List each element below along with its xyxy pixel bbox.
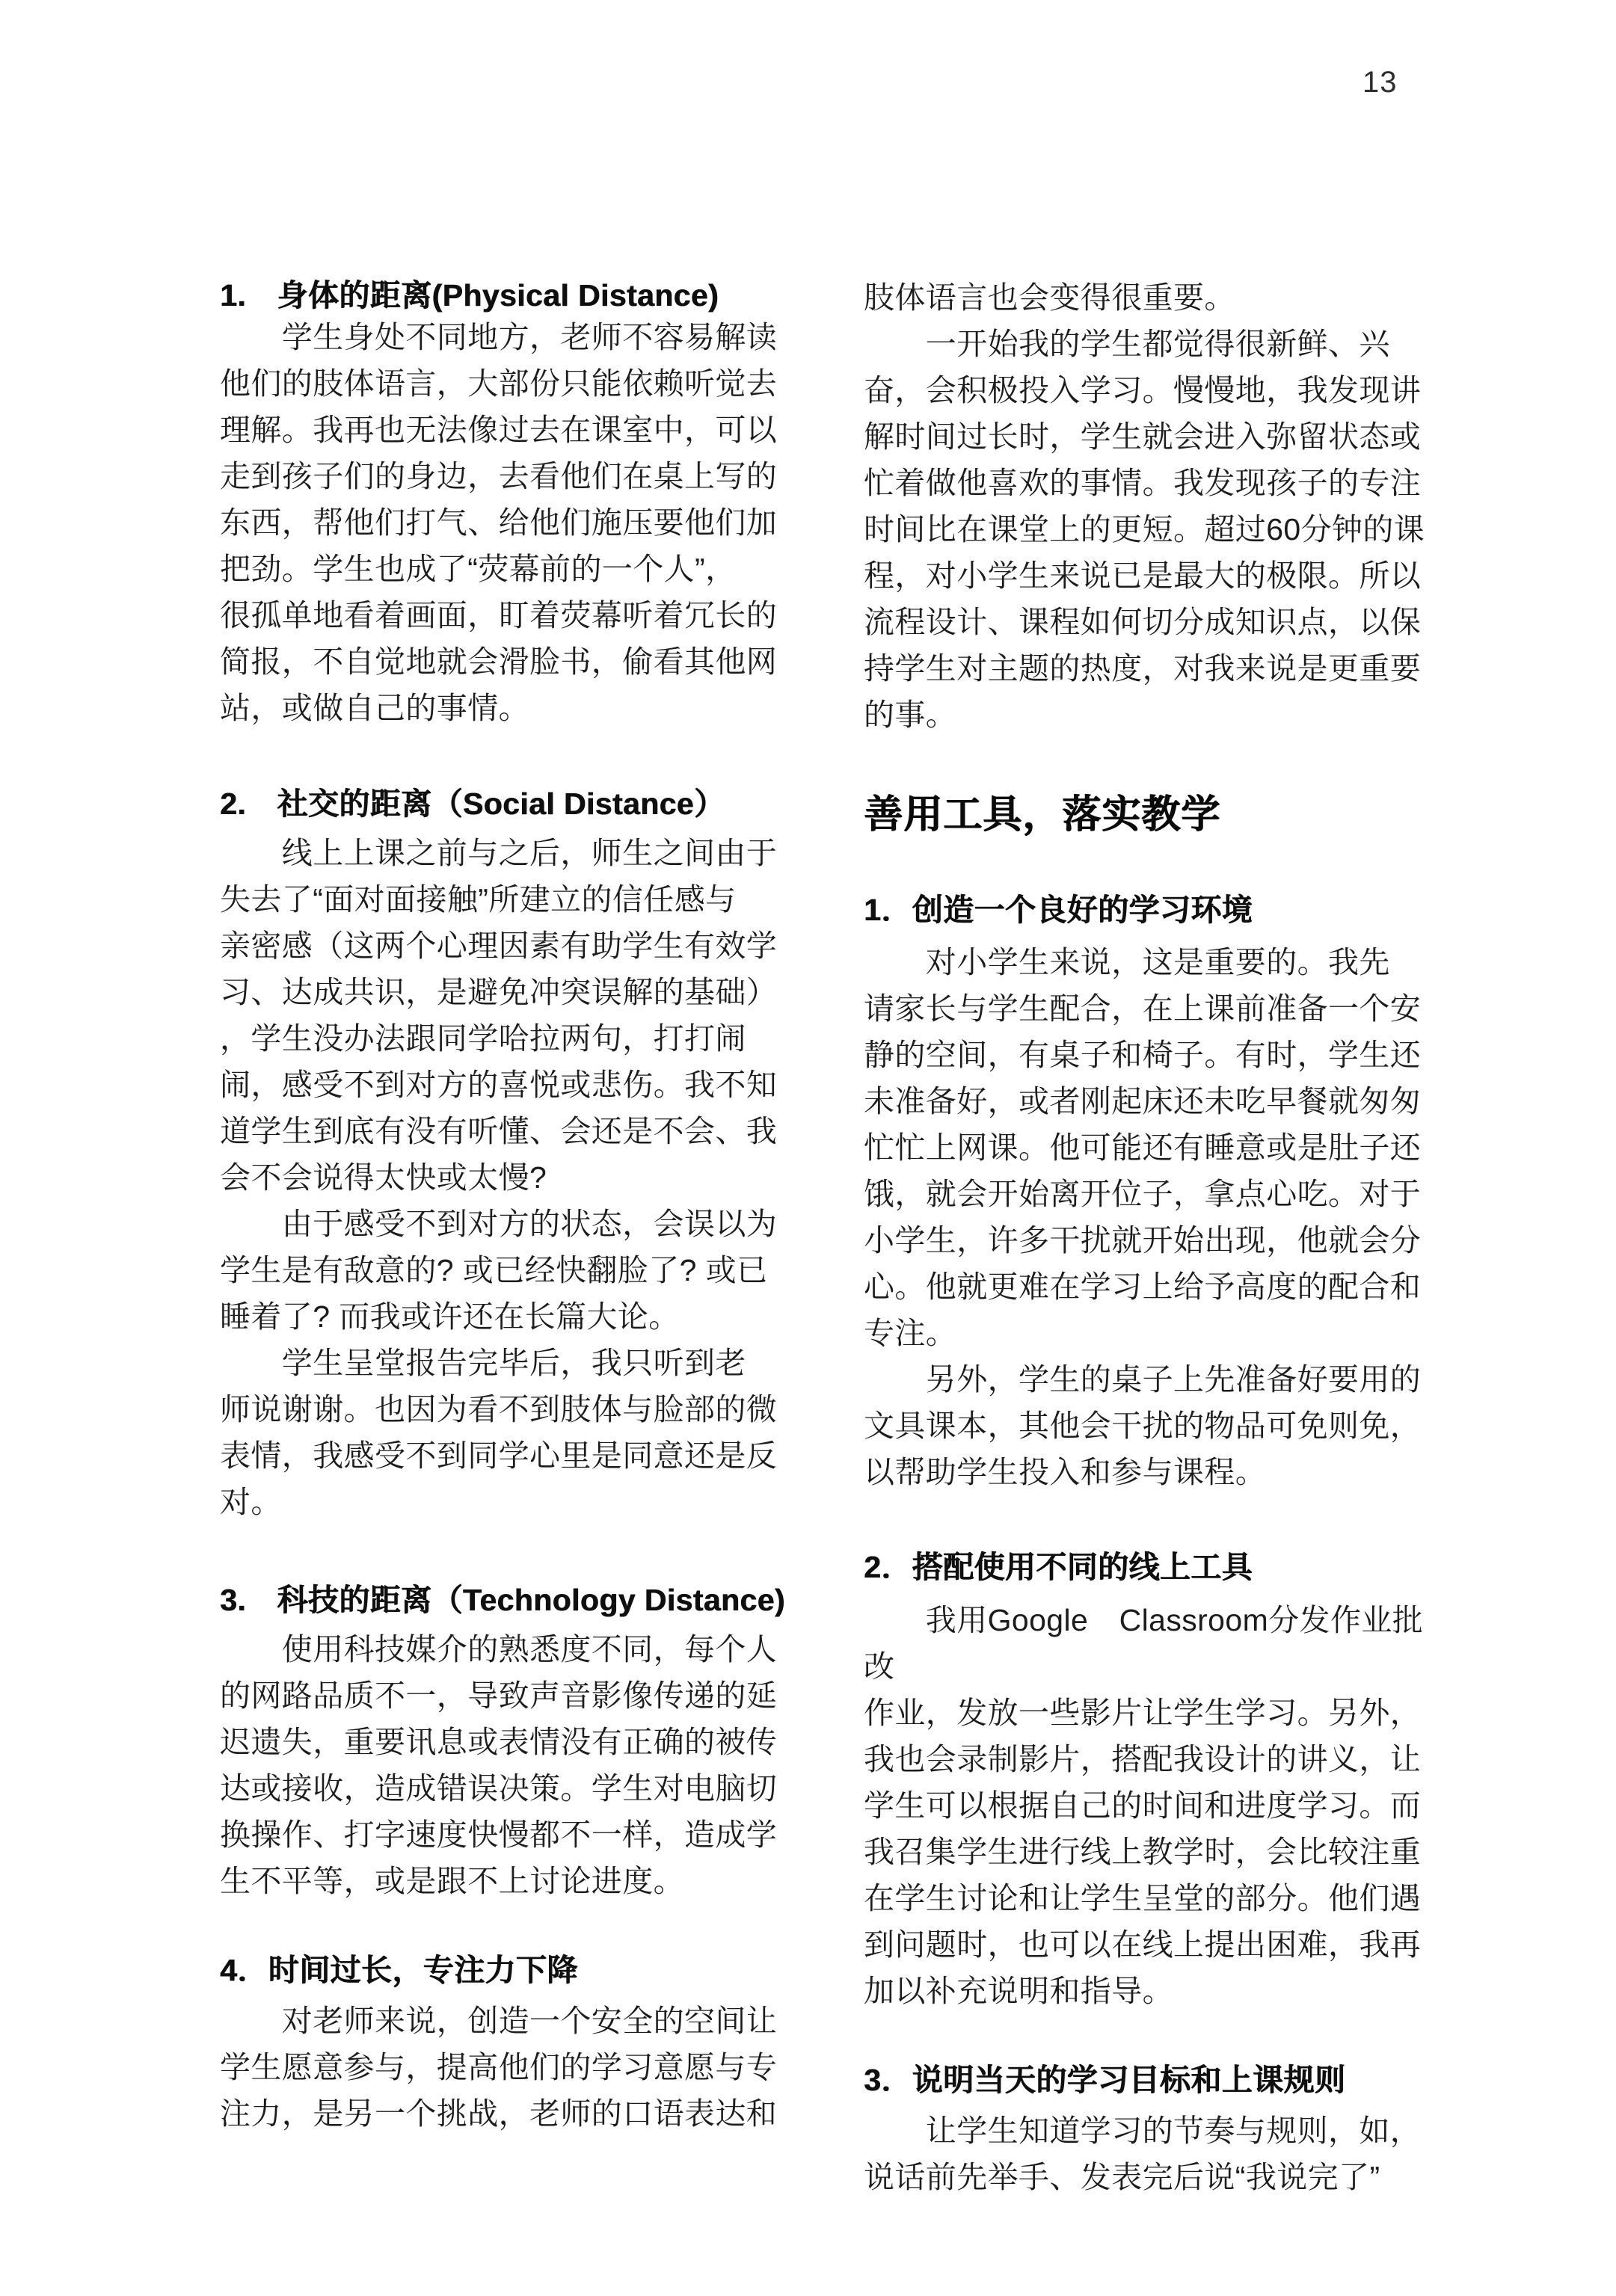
section-heading-attention-drop: 4．时间过长，专注力下降 xyxy=(220,1951,788,1989)
section-title-use-tools: 善用工具，落实教学 xyxy=(864,791,1432,839)
paragraph: 线上上课之前与之后，师生之间由于 失去了“面对面接触”所建立的信任感与 亲密感（… xyxy=(220,830,788,1525)
paragraph: 让学生知道学习的节奏与规则，如， 说话前先举手、发表完后说“我说完了” xyxy=(864,2108,1432,2200)
section-heading-technology-distance: 3. 科技的距离（Technology Distance) xyxy=(220,1581,788,1619)
page-number: 13 xyxy=(1362,66,1398,99)
paragraph: 我用Google Classroom分发作业批改 作业，发放一些影片让学生学习。… xyxy=(864,1597,1432,2014)
sub-heading-learning-environment: 1．创造一个良好的学习环境 xyxy=(864,891,1432,929)
paragraph: 肢体语言也会变得很重要。 一开始我的学生都觉得很新鲜、兴 奋，会积极投入学习。慢… xyxy=(864,274,1432,738)
sub-heading-goals-and-rules: 3．说明当天的学习目标和上课规则 xyxy=(864,2061,1432,2099)
document-page: 13 1. 身体的距离(Physical Distance) 学生身处不同地方，… xyxy=(0,0,1616,2296)
section-heading-physical-distance: 1. 身体的距离(Physical Distance) xyxy=(220,277,788,314)
sub-heading-online-tools: 2．搭配使用不同的线上工具 xyxy=(864,1548,1432,1586)
paragraph: 对小学生来说，这是重要的。我先 请家长与学生配合，在上课前准备一个安 静的空间，… xyxy=(864,939,1432,1495)
paragraph: 对老师来说，创造一个安全的空间让 学生愿意参与，提高他们的学习意愿与专 注力，是… xyxy=(220,1998,788,2137)
left-column: 1. 身体的距离(Physical Distance) 学生身处不同地方，老师不… xyxy=(220,277,788,2137)
right-column: 肢体语言也会变得很重要。 一开始我的学生都觉得很新鲜、兴 奋，会积极投入学习。慢… xyxy=(864,274,1432,2200)
paragraph: 学生身处不同地方，老师不容易解读 他们的肢体语言，大部份只能依赖听觉去 理解。我… xyxy=(220,314,788,731)
paragraph: 使用科技媒介的熟悉度不同，每个人 的网路品质不一，导致声音影像传递的延 迟遗失，… xyxy=(220,1626,788,1904)
section-heading-social-distance: 2. 社交的距离（Social Distance） xyxy=(220,785,788,822)
